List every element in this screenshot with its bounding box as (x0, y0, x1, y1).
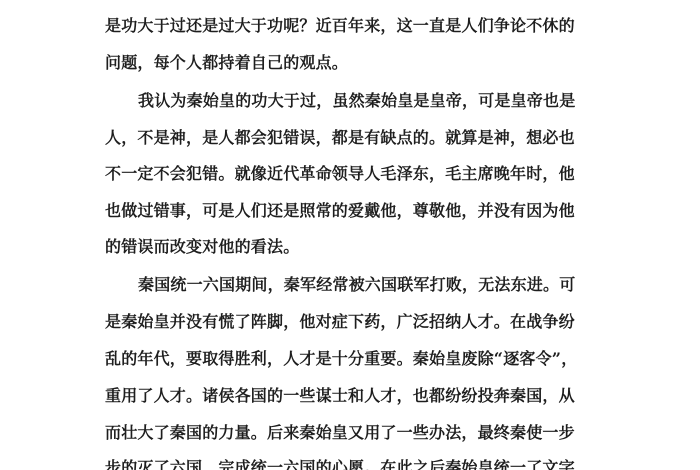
text-line: 也做过错事，可是人们还是照常的爱戴他，尊敬他，并没有因为他 (105, 201, 575, 221)
paragraph-start-line: 秦国统一六国期间，秦军经常被六国联军打败，无法东进。可 (138, 275, 575, 295)
text-line: 乱的年代，要取得胜利，人才是十分重要。秦始皇废除“逐客令”， (105, 349, 577, 369)
text-line: 的错误而改变对他的看法。 (105, 237, 299, 257)
paragraph-start-line: 我认为秦始皇的功大于过，虽然秦始皇是皇帝，可是皇帝也是 (138, 91, 575, 111)
text-line: 是功大于过还是过大于功呢？近百年来，这一直是人们争论不休的 (105, 16, 575, 36)
text-line: 而壮大了秦国的力量。后来秦始皇又用了一些办法，最终秦使一步 (105, 423, 575, 443)
text-line: 步的灭了六国，完成统一六国的心愿。在此之后秦始皇统一了文字， (105, 458, 591, 470)
text-line: 是秦始皇并没有慌了阵脚，他对症下药，广泛招纳人才。在战争纷 (105, 312, 575, 332)
text-line: 不一定不会犯错。就像近代革命领导人毛泽东，毛主席晚年时，他 (105, 164, 575, 184)
text-line: 问题，每个人都持着自己的观点。 (105, 53, 348, 73)
text-line: 重用了人才。诸侯各国的一些谋士和人才，也都纷纷投奔秦国，从 (105, 386, 575, 406)
text-line: 人，不是神，是人都会犯错误，都是有缺点的。就算是神，想必也 (105, 128, 575, 148)
